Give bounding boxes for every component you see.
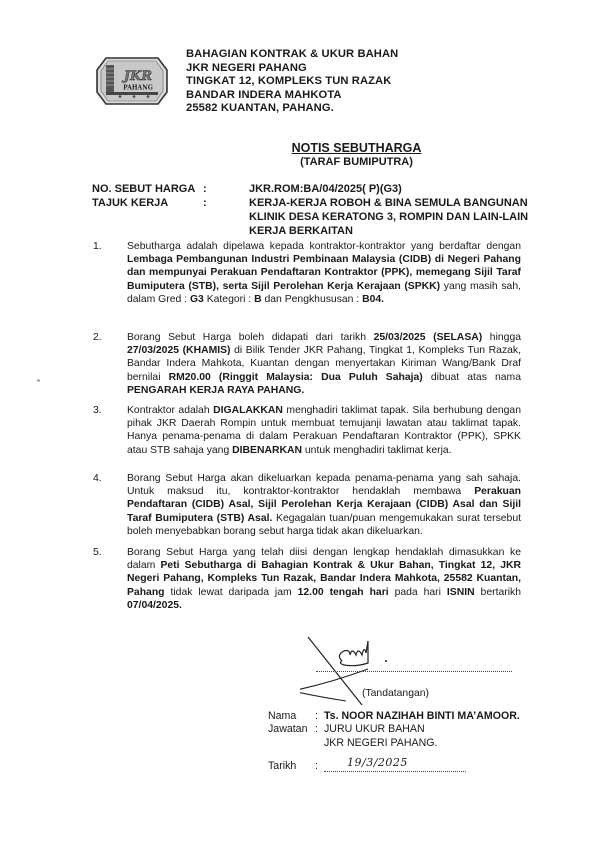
text: dan Pengkhususan : bbox=[262, 294, 363, 305]
bold-text: 07/04/2025. bbox=[127, 600, 182, 611]
work-title-row: TAJUK KERJA : KERJA-KERJA ROBOH & BINA S… bbox=[92, 196, 564, 238]
signatory-department: JKR NEGERI PAHANG. bbox=[324, 737, 437, 750]
paragraph-number: 3. bbox=[93, 404, 127, 457]
quotation-number-value: JKR.ROM:BA/04/2025( P)(G3) bbox=[249, 182, 564, 196]
text: Borang Sebut Harga boleh didapati dari t… bbox=[127, 332, 374, 343]
paragraph-4: 4. Borang Sebut Harga akan dikeluarkan k… bbox=[93, 472, 583, 538]
paragraph-number: 1. bbox=[93, 240, 127, 306]
text: Kontraktor adalah bbox=[127, 405, 213, 416]
colon: : bbox=[203, 182, 249, 196]
bold-text: PENGARAH KERJA RAYA PAHANG. bbox=[127, 385, 304, 396]
signatory-position: JURU UKUR BAHAN bbox=[324, 723, 425, 736]
paragraph-text: Sebutharga adalah dipelawa kepada kontra… bbox=[127, 240, 521, 306]
address-line: TINGKAT 12, KOMPLEKS TUN RAZAK bbox=[186, 75, 398, 89]
signatory-name: Ts. NOOR NAZIHAH BINTI MA’AMOOR. bbox=[324, 710, 520, 723]
bold-text: G3 bbox=[190, 294, 204, 305]
department-row: JKR NEGERI PAHANG. bbox=[268, 737, 520, 750]
text: pada hari bbox=[389, 587, 447, 598]
quotation-number-label: NO. SEBUT HARGA bbox=[92, 182, 203, 196]
address-line: 25582 KUANTAN, PAHANG. bbox=[186, 102, 398, 116]
colon: : bbox=[315, 710, 324, 723]
notice-subtitle: (TARAF BUMIPUTRA) bbox=[118, 156, 595, 168]
logo-text-jkr: JKR bbox=[121, 69, 152, 84]
bold-text: 27/03/2025 (KHAMIS) bbox=[127, 345, 231, 356]
scan-speck bbox=[37, 379, 40, 382]
paragraph-5: 5. Borang Sebut Harga yang telah diisi d… bbox=[93, 546, 583, 612]
paragraph-1: 1. Sebutharga adalah dipelawa kepada kon… bbox=[93, 240, 583, 306]
signature-caption: (Tandatangan) bbox=[362, 688, 429, 699]
colon: : bbox=[203, 196, 249, 238]
paragraph-number: 2. bbox=[93, 331, 127, 397]
date-row: Tarikh : 19/3/2025 bbox=[268, 760, 520, 773]
quotation-number-row: NO. SEBUT HARGA : JKR.ROM:BA/04/2025( P)… bbox=[92, 182, 564, 196]
text: untuk menghadiri taklimat kerja. bbox=[302, 445, 452, 456]
text: Sebutharga adalah dipelawa kepada kontra… bbox=[127, 241, 521, 252]
bold-text: DIBENARKAN bbox=[232, 445, 302, 456]
bold-text: RM20.00 (Ringgit Malaysia: Dua Puluh Sah… bbox=[169, 372, 423, 383]
handwritten-date: 19/3/2025 bbox=[347, 756, 408, 769]
text: bertarikh bbox=[475, 587, 521, 598]
bold-text: 12.00 tengah hari bbox=[298, 587, 389, 598]
logo-text-pahang: PAHANG bbox=[123, 85, 153, 92]
colon: : bbox=[315, 723, 324, 736]
address-line: JKR NEGERI PAHANG bbox=[186, 62, 398, 76]
date-label: Tarikh bbox=[268, 760, 315, 773]
notice-title-block: NOTIS SEBUTHARGA (TARAF BUMIPUTRA) bbox=[0, 141, 595, 168]
name-label: Nama bbox=[268, 710, 315, 723]
address-line: BAHAGIAN KONTRAK & UKUR BAHAN bbox=[186, 48, 398, 62]
position-row: Jawatan : JURU UKUR BAHAN bbox=[268, 723, 520, 736]
paragraph-text: Kontraktor adalah DIGALAKKAN menghadiri … bbox=[127, 404, 521, 457]
text: hingga bbox=[482, 332, 521, 343]
paragraph-number: 4. bbox=[93, 472, 127, 538]
paragraph-3: 3. Kontraktor adalah DIGALAKKAN menghadi… bbox=[93, 404, 583, 457]
work-title-value: KERJA-KERJA ROBOH & BINA SEMULA BANGUNAN… bbox=[249, 196, 564, 238]
paragraph-text: Borang Sebut Harga boleh didapati dari t… bbox=[127, 331, 521, 397]
paragraph-text: Borang Sebut Harga akan dikeluarkan kepa… bbox=[127, 472, 521, 538]
colon: : bbox=[315, 760, 324, 773]
name-row: Nama : Ts. NOOR NAZIHAH BINTI MA’AMOOR. bbox=[268, 710, 520, 723]
office-address: BAHAGIAN KONTRAK & UKUR BAHAN JKR NEGERI… bbox=[186, 48, 398, 116]
notice-title: NOTIS SEBUTHARGA bbox=[118, 141, 595, 155]
bold-text: B04. bbox=[362, 294, 384, 305]
signature-line bbox=[316, 671, 512, 672]
bold-text: B bbox=[254, 294, 262, 305]
paragraph-text: Borang Sebut Harga yang telah diisi deng… bbox=[127, 546, 521, 612]
work-title-label: TAJUK KERJA bbox=[92, 196, 203, 238]
signatory-details: Nama : Ts. NOOR NAZIHAH BINTI MA’AMOOR. … bbox=[268, 710, 520, 774]
bold-text: 25/03/2025 (SELASA) bbox=[374, 332, 483, 343]
paragraph-number: 5. bbox=[93, 546, 127, 612]
text: Kategori : bbox=[204, 294, 254, 305]
position-label: Jawatan bbox=[268, 723, 315, 736]
bold-text: DIGALAKKAN bbox=[213, 405, 283, 416]
date-line: 19/3/2025 bbox=[324, 760, 466, 772]
text: dibuat atas nama bbox=[423, 372, 521, 383]
paragraph-2: 2. Borang Sebut Harga boleh didapati dar… bbox=[93, 331, 583, 397]
jkr-pahang-logo: JKR PAHANG bbox=[96, 56, 168, 106]
text: tidak lewat daripada jam bbox=[165, 587, 298, 598]
address-line: BANDAR INDERA MAHKOTA bbox=[186, 89, 398, 103]
notice-meta: NO. SEBUT HARGA : JKR.ROM:BA/04/2025( P)… bbox=[92, 182, 564, 238]
bold-text: ISNIN bbox=[447, 587, 475, 598]
text: Borang Sebut Harga akan dikeluarkan kepa… bbox=[127, 473, 521, 497]
